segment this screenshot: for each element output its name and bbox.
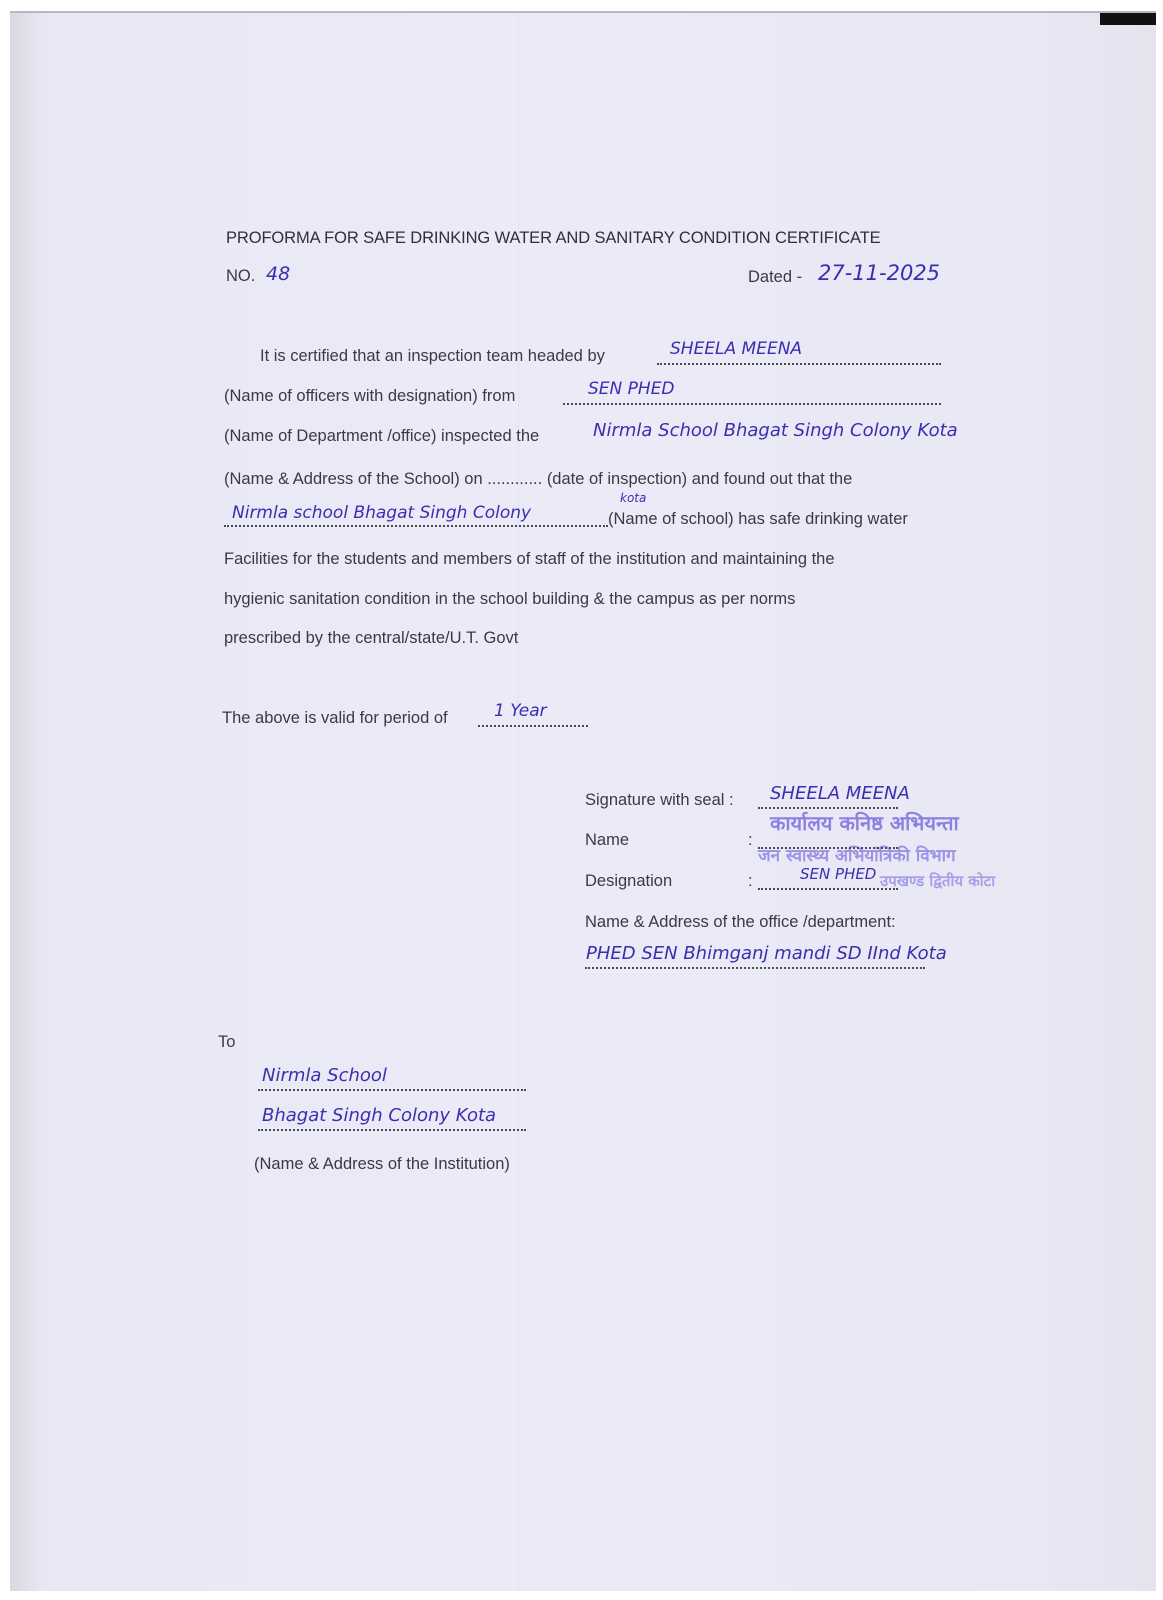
name-colon: : [748,831,753,850]
scanned-certificate-page: PROFORMA FOR SAFE DRINKING WATER AND SAN… [10,11,1156,1591]
body-line-5: (Name of school) has safe drinking water [608,510,908,529]
inspected-school-value: Nirmla School Bhagat Singh Colony Kota [593,420,958,441]
fill-line [657,363,941,365]
to-label: To [218,1033,235,1052]
school-name-superscript: kota [620,491,646,505]
validity-label: The above is valid for period of [222,709,448,728]
office-value: PHED SEN Bhimganj mandi SD IInd Kota [586,943,947,964]
document-title: PROFORMA FOR SAFE DRINKING WATER AND SAN… [226,229,881,248]
official-seal-line-1: कार्यालय कनिष्ठ अभियन्ता [770,809,959,836]
body-line-4: (Name & Address of the School) on ......… [224,470,852,489]
fill-line [258,1129,526,1131]
fill-line [758,847,898,849]
signature-label: Signature with seal : [585,791,734,810]
recipient-line-1: Nirmla School [262,1065,387,1086]
office-label: Name & Address of the office /department… [585,913,896,932]
scan-edge-shadow [1100,13,1156,25]
body-line-7: hygienic sanitation condition in the sch… [224,590,795,609]
from-office-value: SEN PHED [588,379,675,399]
name-label: Name [585,831,629,850]
designation-label: Designation [585,872,672,891]
signature-value: SHEELA MEENA [770,783,910,804]
body-line-1: It is certified that an inspection team … [260,347,605,366]
school-name-value: Nirmla school Bhagat Singh Colony [232,503,531,523]
fill-line [224,525,608,527]
fill-line [585,967,925,969]
fill-line [563,403,941,405]
body-line-8: prescribed by the central/state/U.T. Gov… [224,629,518,648]
recipient-line-2: Bhagat Singh Colony Kota [262,1105,496,1126]
dated-label: Dated - [748,268,802,287]
fill-line [758,888,898,890]
headed-by-value: SHEELA MEENA [670,339,802,359]
number-label: NO. [226,267,255,286]
fill-line [258,1089,526,1091]
body-line-3: (Name of Department /office) inspected t… [224,427,539,446]
fill-line [478,725,588,727]
body-line-6: Facilities for the students and members … [224,550,835,569]
scan-artifact-line [518,13,519,1591]
certificate-date: 27-11-2025 [818,261,940,285]
recipient-caption: (Name & Address of the Institution) [254,1155,510,1174]
designation-colon: : [748,872,753,891]
certificate-number: 48 [266,263,290,285]
validity-value: 1 Year [494,701,547,721]
body-line-2: (Name of officers with designation) from [224,387,515,406]
designation-value: SEN PHED [800,865,876,883]
